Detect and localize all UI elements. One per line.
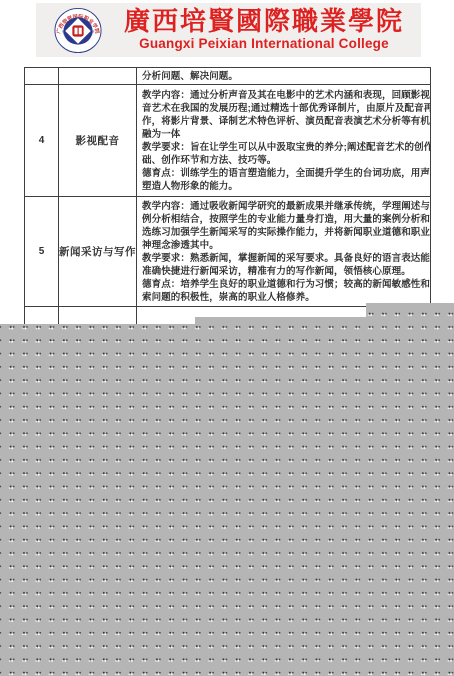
- logo-book-left-page: [74, 28, 77, 35]
- document-page: 广西培贤国际职业学院 GUANGXI PEIXIAN INTERNATIONAL…: [0, 0, 454, 676]
- course-content-cell: 分析问题、解决问题。: [137, 68, 431, 85]
- course-content-cell: 教学内容：通过吸收新闻学研究的最新成果并继承传统，学理阐述与案 例分析相结合，按…: [137, 197, 431, 307]
- table-row-5: 5 新闻采访与写作 教学内容：通过吸收新闻学研究的最新成果并继承传统，学理阐述与…: [25, 197, 431, 307]
- row-number-cell: [25, 68, 59, 85]
- table-row-4: 4 影视配音 教学内容：通过分析声音及其在电影中的艺术内涵和表现，回顾影视配 音…: [25, 85, 431, 197]
- logo-book-frame: [72, 25, 83, 36]
- unrendered-region: [0, 303, 454, 676]
- course-name-cell: 新闻采访与写作: [59, 197, 137, 307]
- row-number-cell: 5: [25, 197, 59, 307]
- header-titles: 廣西培賢國際職業學院 Guangxi Peixian International…: [110, 3, 418, 57]
- row-number-cell: 4: [25, 85, 59, 197]
- college-title-english: Guangxi Peixian International College: [139, 36, 389, 52]
- table-row-partial-top: 分析问题、解决问题。: [25, 68, 431, 85]
- course-name-cell: [59, 68, 137, 85]
- college-title-chinese: 廣西培賢國際職業學院: [124, 8, 404, 36]
- header: 广西培贤国际职业学院 GUANGXI PEIXIAN INTERNATIONAL…: [36, 3, 421, 57]
- course-name-cell: 影视配音: [59, 85, 137, 197]
- college-seal-icon: 广西培贤国际职业学院 GUANGXI PEIXIAN INTERNATIONAL…: [52, 7, 104, 54]
- logo-book-right-page: [79, 28, 82, 35]
- course-content-cell: 教学内容：通过分析声音及其在电影中的艺术内涵和表现，回顾影视配 音艺术在我国的发…: [137, 85, 431, 197]
- college-logo: 广西培贤国际职业学院 GUANGXI PEIXIAN INTERNATIONAL…: [52, 7, 104, 54]
